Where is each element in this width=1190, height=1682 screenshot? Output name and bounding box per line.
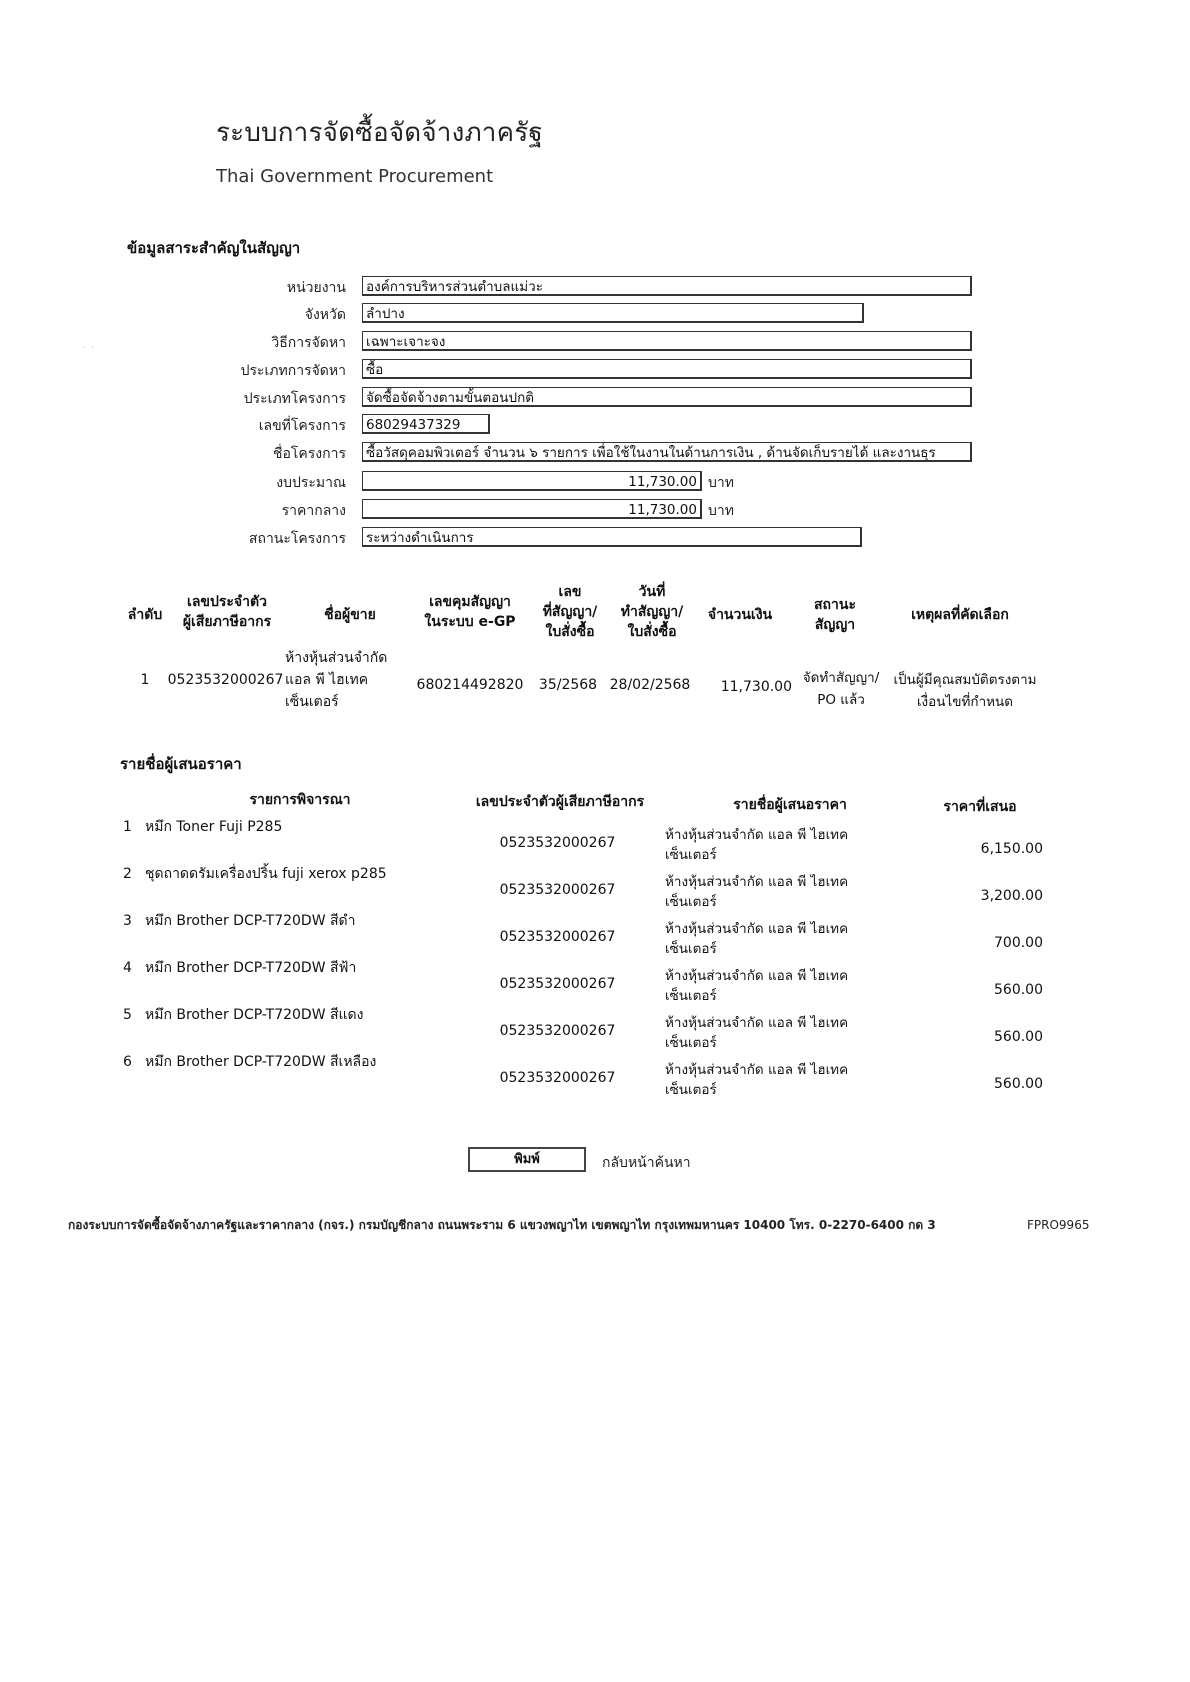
label-procurement-type: ประเภทการจัดหา bbox=[146, 360, 346, 382]
form-code: FPRO9965 bbox=[1027, 1218, 1089, 1232]
bidder-row-price: 560.00 bbox=[920, 1027, 1043, 1047]
label-budget: งบประมาณ bbox=[146, 472, 346, 494]
bidders-title: รายชื่อผู้เสนอราคา bbox=[120, 752, 242, 776]
contract-info-title: ข้อมูลสาระสำคัญในสัญญา bbox=[127, 236, 300, 260]
bidders-header-item: รายการพิจารณา bbox=[220, 790, 380, 810]
label-median-price: ราคากลาง bbox=[146, 500, 346, 522]
bidder-row-tax-id: 0523532000267 bbox=[470, 1068, 645, 1088]
field-median-price: 11,730.00 bbox=[362, 499, 702, 519]
bidder-row-price: 560.00 bbox=[920, 1074, 1043, 1094]
page-title-thai: ระบบการจัดซื้อจัดจ้างภาครัฐ bbox=[216, 112, 543, 153]
bidder-row-tax-id: 0523532000267 bbox=[470, 927, 645, 947]
bidder-row-tax-id: 0523532000267 bbox=[470, 974, 645, 994]
row-vendor-line1: ห้างหุ้นส่วนจำกัด bbox=[285, 648, 405, 668]
bidder-row-name-line2: เซ็นเตอร์ bbox=[665, 892, 895, 912]
bidder-row-tax-id: 0523532000267 bbox=[470, 1021, 645, 1041]
header-vendor: ชื่อผู้ขาย bbox=[300, 605, 400, 625]
row-status-line2: PO แล้ว bbox=[795, 690, 887, 710]
back-to-search-link[interactable]: กลับหน้าค้นหา bbox=[602, 1152, 691, 1174]
header-contract-no: เลข ที่สัญญา/ ใบสั่งซื้อ bbox=[528, 582, 612, 642]
row-egp-no: 680214492820 bbox=[410, 675, 530, 695]
field-procurement-method: เฉพาะเจาะจง bbox=[362, 331, 972, 351]
bidders-header-bidder: รายชื่อผู้เสนอราคา bbox=[700, 795, 880, 815]
bidder-row-no: 5 bbox=[123, 1005, 143, 1025]
label-project-name: ชื่อโครงการ bbox=[146, 443, 346, 465]
label-province: จังหวัด bbox=[146, 304, 346, 326]
bidder-row-name-line2: เซ็นเตอร์ bbox=[665, 1033, 895, 1053]
label-agency: หน่วยงาน bbox=[146, 277, 346, 299]
scan-speck: ˙ ˙ bbox=[82, 346, 95, 357]
header-contract-date: วันที่ ทำสัญญา/ ใบสั่งซื้อ bbox=[608, 582, 696, 642]
bidder-row-item: หมึก Toner Fuji P285 bbox=[145, 817, 445, 837]
row-contract-no: 35/2568 bbox=[528, 675, 608, 695]
bidder-row-name-line1: ห้างหุ้นส่วนจำกัด แอล พี ไฮเทค bbox=[665, 1013, 895, 1033]
bidder-row-item: หมึก Brother DCP-T720DW สีแดง bbox=[145, 1005, 445, 1025]
bidder-row-price: 700.00 bbox=[920, 933, 1043, 953]
label-project-number: เลขที่โครงการ bbox=[146, 415, 346, 437]
bidder-row-name-line2: เซ็นเตอร์ bbox=[665, 986, 895, 1006]
row-amount: 11,730.00 bbox=[700, 677, 792, 697]
bidder-row-item: หมึก Brother DCP-T720DW สีดำ bbox=[145, 911, 445, 931]
row-vendor-line2: แอล พี ไฮเทค bbox=[285, 670, 405, 690]
bidders-header-tax-id: เลขประจำตัวผู้เสียภาษีอากร bbox=[450, 792, 670, 812]
bidder-row-no: 4 bbox=[123, 958, 143, 978]
label-procurement-method: วิธีการจัดหา bbox=[146, 332, 346, 354]
field-procurement-type: ซื้อ bbox=[362, 359, 972, 379]
bidder-row-no: 2 bbox=[123, 864, 143, 884]
header-egp-no: เลขคุมสัญญา ในระบบ e-GP bbox=[410, 592, 530, 632]
unit-median-price: บาท bbox=[708, 500, 734, 522]
bidder-row-price: 6,150.00 bbox=[920, 839, 1043, 859]
page-title-english: Thai Government Procurement bbox=[216, 166, 493, 187]
bidder-row-no: 6 bbox=[123, 1052, 143, 1072]
field-budget: 11,730.00 bbox=[362, 471, 702, 491]
bidder-row-tax-id: 0523532000267 bbox=[470, 833, 645, 853]
print-button[interactable]: พิมพ์ bbox=[468, 1147, 586, 1172]
field-project-type: จัดซื้อจัดจ้างตามขั้นตอนปกติ bbox=[362, 387, 972, 407]
field-project-number: 68029437329 bbox=[362, 414, 490, 434]
bidder-row-item: หมึก Brother DCP-T720DW สีฟ้า bbox=[145, 958, 445, 978]
bidder-row-name-line1: ห้างหุ้นส่วนจำกัด แอล พี ไฮเทค bbox=[665, 966, 895, 986]
bidder-row-name-line1: ห้างหุ้นส่วนจำกัด แอล พี ไฮเทค bbox=[665, 872, 895, 892]
bidders-header-price: ราคาที่เสนอ bbox=[925, 797, 1035, 817]
bidder-row-name-line1: ห้างหุ้นส่วนจำกัด แอล พี ไฮเทค bbox=[665, 919, 895, 939]
header-tax-id: เลขประจำตัว ผู้เสียภาษีอากร bbox=[167, 592, 287, 632]
unit-budget: บาท bbox=[708, 472, 734, 494]
label-project-type: ประเภทโครงการ bbox=[146, 388, 346, 410]
bidder-row-name-line1: ห้างหุ้นส่วนจำกัด แอล พี ไฮเทค bbox=[665, 1060, 895, 1080]
row-reason-line1: เป็นผู้มีคุณสมบัติตรงตาม bbox=[885, 670, 1045, 690]
bidder-row-tax-id: 0523532000267 bbox=[470, 880, 645, 900]
row-contract-date: 28/02/2568 bbox=[606, 675, 694, 695]
bidder-row-item: ชุดถาดดรัมเครื่องปริ้น fuji xerox p285 bbox=[145, 864, 445, 884]
header-amount: จำนวนเงิน bbox=[700, 605, 780, 625]
bidder-row-no: 1 bbox=[123, 817, 143, 837]
bidder-row-price: 560.00 bbox=[920, 980, 1043, 1000]
field-project-name: ซื้อวัสดุคอมพิวเตอร์ จำนวน ๖ รายการ เพื่… bbox=[362, 442, 972, 462]
row-vendor-line3: เซ็นเตอร์ bbox=[285, 692, 405, 712]
header-status: สถานะ สัญญา bbox=[795, 595, 875, 635]
bidder-row-name-line2: เซ็นเตอร์ bbox=[665, 939, 895, 959]
bidder-row-price: 3,200.00 bbox=[920, 886, 1043, 906]
field-agency: องค์การบริหารส่วนตำบลแม่วะ bbox=[362, 276, 972, 296]
bidder-row-item: หมึก Brother DCP-T720DW สีเหลือง bbox=[145, 1052, 445, 1072]
field-project-status: ระหว่างดำเนินการ bbox=[362, 527, 862, 547]
bidder-row-name-line1: ห้างหุ้นส่วนจำกัด แอล พี ไฮเทค bbox=[665, 825, 895, 845]
bidder-row-name-line2: เซ็นเตอร์ bbox=[665, 1080, 895, 1100]
field-province: ลำปาง bbox=[362, 303, 864, 323]
bidder-row-name-line2: เซ็นเตอร์ bbox=[665, 845, 895, 865]
header-reason: เหตุผลที่คัดเลือก bbox=[890, 605, 1030, 625]
footer-address: กองระบบการจัดซื้อจัดจ้างภาครัฐและราคากลา… bbox=[68, 1216, 936, 1235]
bidder-row-no: 3 bbox=[123, 911, 143, 931]
row-tax-id: 0523532000267 bbox=[163, 670, 288, 690]
row-seq: 1 bbox=[130, 670, 160, 690]
row-status-line1: จัดทำสัญญา/ bbox=[795, 668, 887, 688]
row-reason-line2: เงื่อนไขที่กำหนด bbox=[885, 692, 1045, 712]
label-project-status: สถานะโครงการ bbox=[146, 528, 346, 550]
header-seq: ลำดับ bbox=[120, 605, 170, 625]
